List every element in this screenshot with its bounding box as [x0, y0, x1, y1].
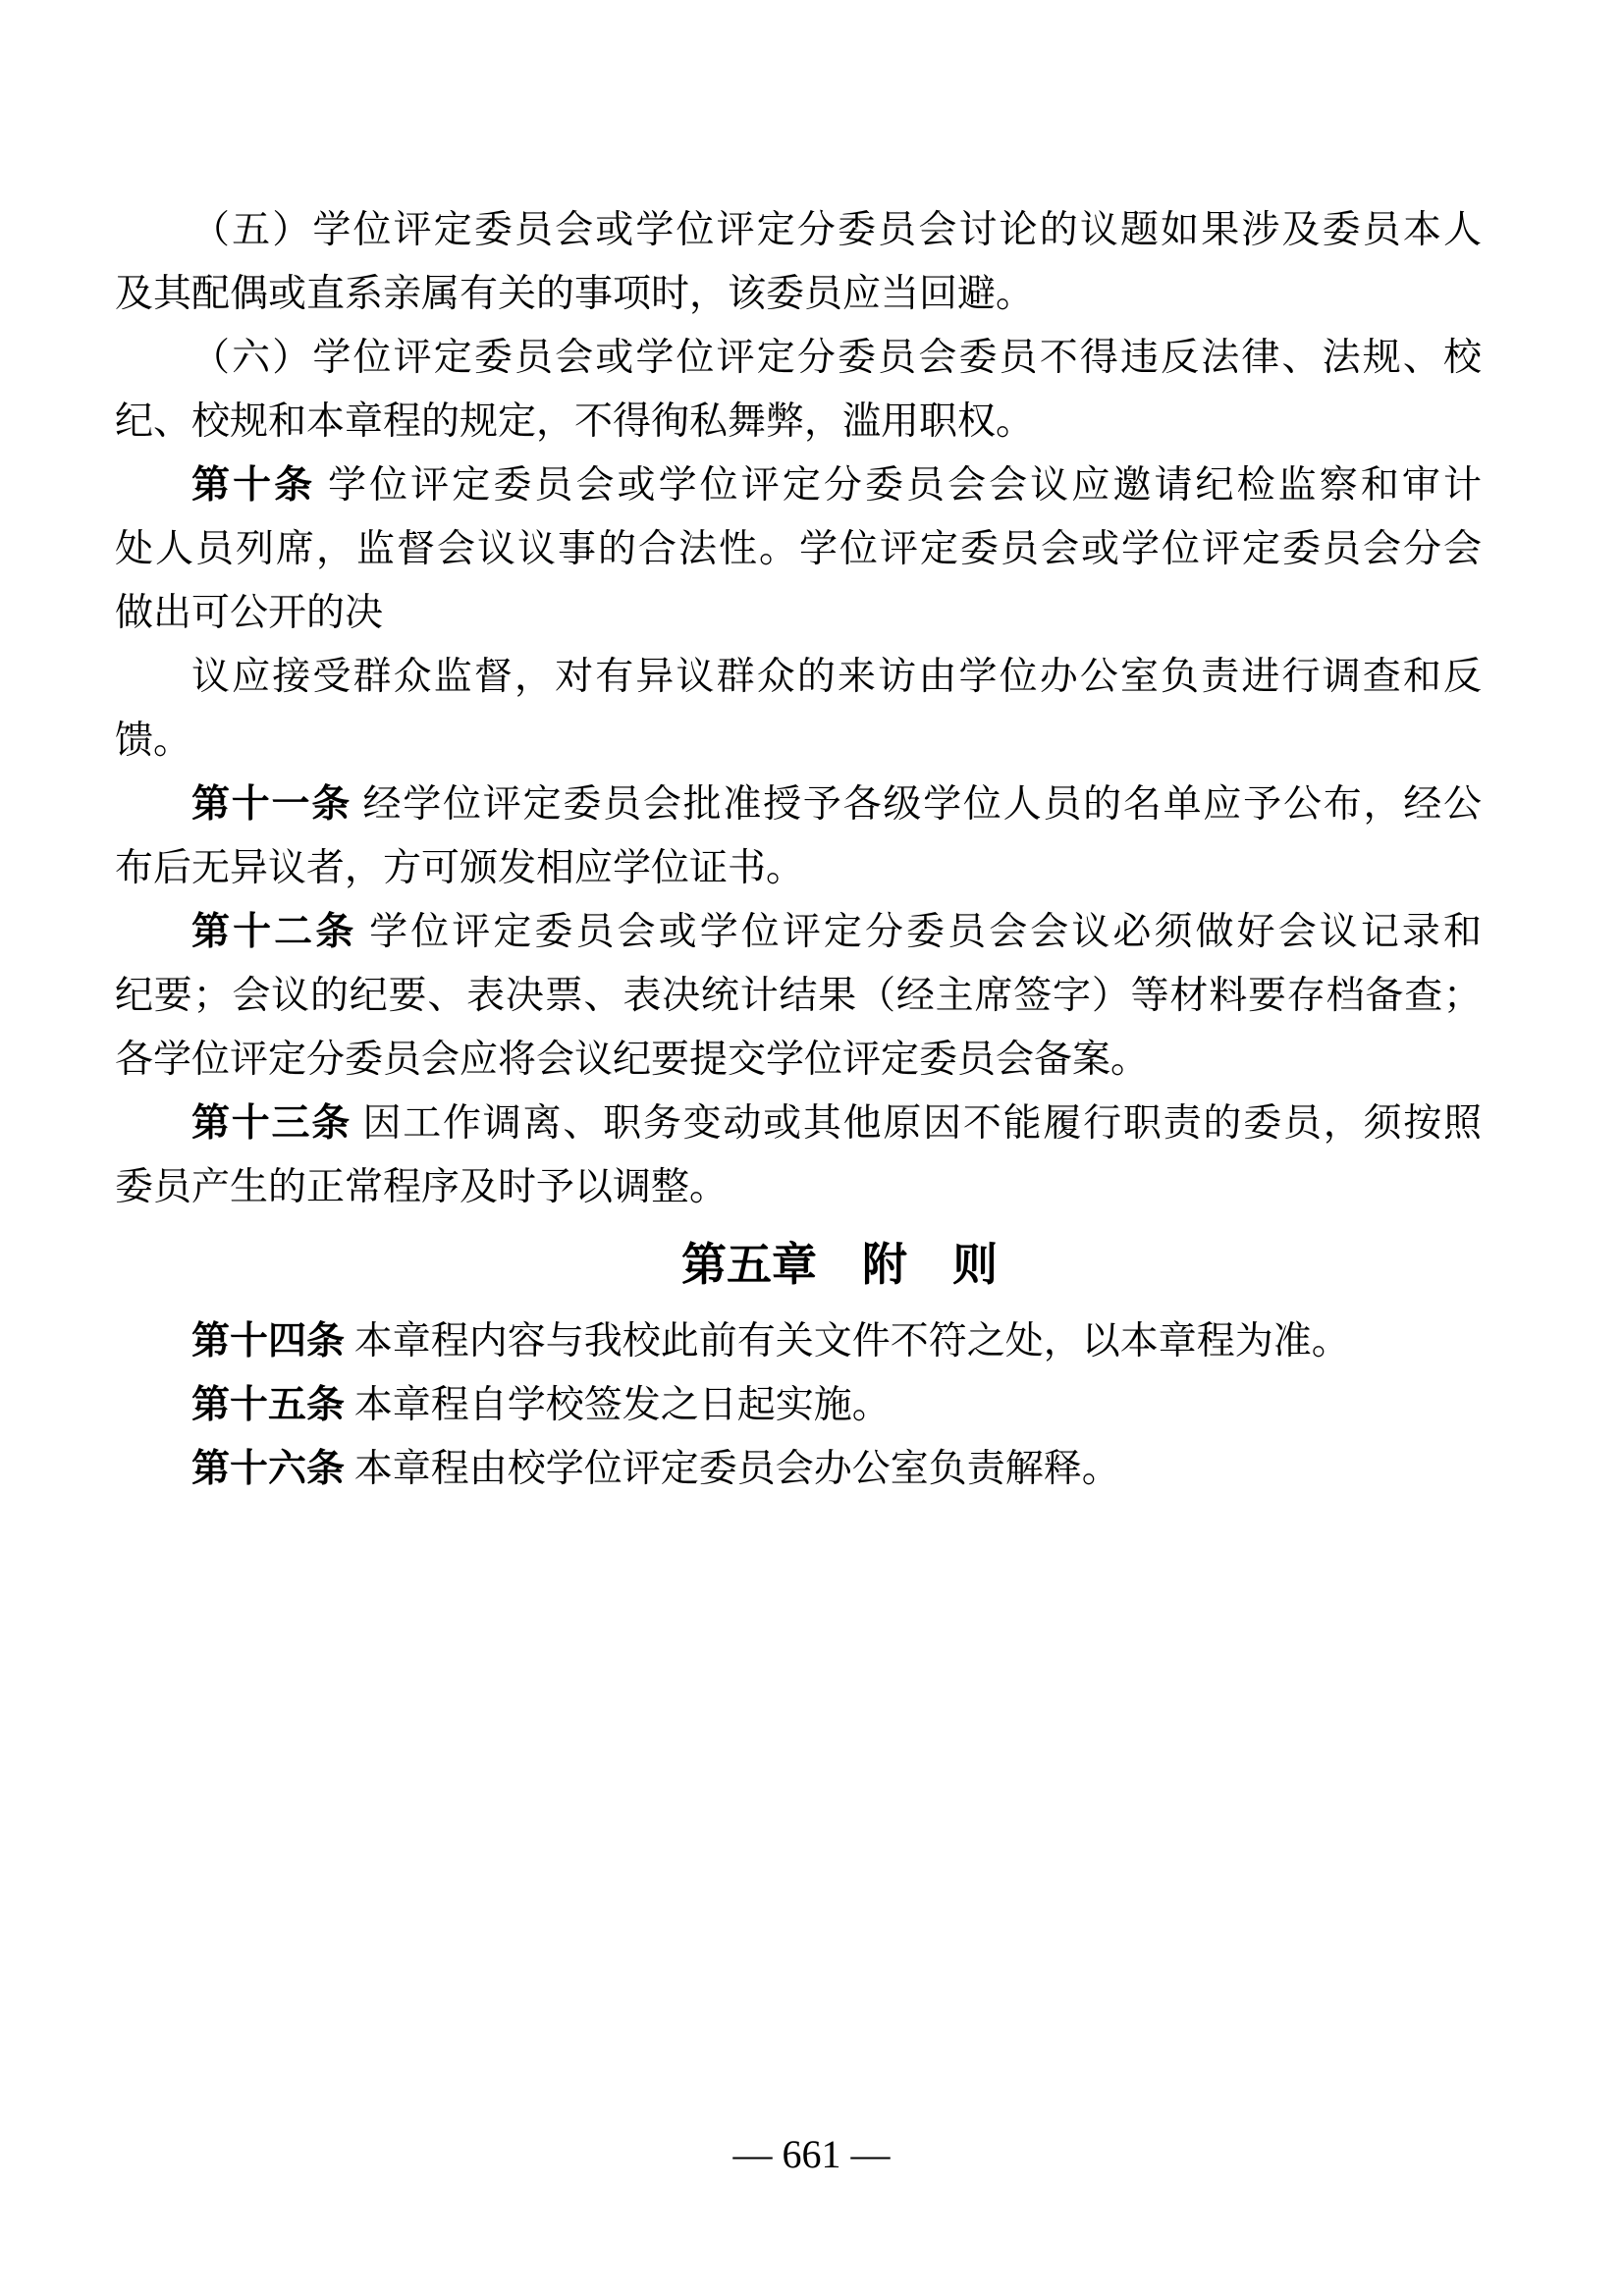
page-number: — 661 — — [733, 2132, 891, 2176]
text-line: 做出可公开的决 — [115, 581, 1482, 645]
text-line: 第十六条 本章程由校学位评定委员会办公室负责解释。 — [115, 1437, 1482, 1501]
line-text: 处人员列席，监督会议议事的合法性。学位评定委员会或学位评定委员会分会 — [115, 528, 1482, 570]
document-page: { "page": { "background": "#ffffff", "te… — [0, 0, 1623, 2296]
chapter-four-articles: （五）学位评定委员会或学位评定分委员会讨论的议题如果涉及委员本人 及其配偶或直系… — [115, 198, 1482, 1219]
article-number: 第十二条 — [191, 911, 356, 953]
line-text: 本章程内容与我校此前有关文件不符之处，以本章程为准。 — [345, 1320, 1350, 1362]
text-line: 议应接受群众监督，对有异议群众的来访由学位办公室负责进行调查和反 — [115, 645, 1482, 709]
line-text: 因工作调离、职务变动或其他原因不能履行职责的委员，须按照 — [352, 1102, 1482, 1145]
line-text: （六）学位评定委员会或学位评定分委员会委员不得违反法律、法规、校 — [191, 337, 1482, 379]
line-text: 及其配偶或直系亲属有关的事项时，该委员应当回避。 — [115, 273, 1034, 315]
text-line: 第十四条 本章程内容与我校此前有关文件不符之处，以本章程为准。 — [115, 1309, 1482, 1373]
text-line: 及其配偶或直系亲属有关的事项时，该委员应当回避。 — [115, 262, 1482, 326]
text-line: 纪、校规和本章程的规定，不得徇私舞弊，滥用职权。 — [115, 390, 1482, 454]
page-footer: — 661 — — [0, 2132, 1623, 2177]
line-text: 学位评定委员会或学位评定分委员会会议必须做好会议记录和 — [356, 911, 1482, 953]
line-text: 学位评定委员会或学位评定分委员会会议应邀请纪检监察和审计 — [315, 464, 1482, 507]
document-body: （五）学位评定委员会或学位评定分委员会讨论的议题如果涉及委员本人 及其配偶或直系… — [115, 198, 1482, 1501]
line-text: （五）学位评定委员会或学位评定分委员会讨论的议题如果涉及委员本人 — [191, 209, 1482, 251]
text-line: 第十一条 经学位评定委员会批准授予各级学位人员的名单应予公布，经公 — [115, 773, 1482, 836]
line-text: 本章程由校学位评定委员会办公室负责解释。 — [345, 1448, 1120, 1490]
text-line: 处人员列席，监督会议议事的合法性。学位评定委员会或学位评定委员会分会 — [115, 517, 1482, 581]
line-text: 本章程自学校签发之日起实施。 — [345, 1384, 891, 1426]
text-line: 第十条 学位评定委员会或学位评定分委员会会议应邀请纪检监察和审计 — [115, 454, 1482, 517]
text-line: 第十二条 学位评定委员会或学位评定分委员会会议必须做好会议记录和 — [115, 900, 1482, 964]
article-number: 第十一条 — [191, 783, 352, 826]
line-text: 纪要；会议的纪要、表决票、表决统计结果（经主席签字）等材料要存档备查； — [115, 975, 1482, 1017]
line-text: 馈。 — [115, 720, 191, 762]
line-text: 委员产生的正常程序及时予以调整。 — [115, 1166, 728, 1208]
article-number: 第十六条 — [191, 1448, 345, 1490]
line-text: 各学位评定分委员会应将会议纪要提交学位评定委员会备案。 — [115, 1039, 1149, 1081]
text-line: 纪要；会议的纪要、表决票、表决统计结果（经主席签字）等材料要存档备查； — [115, 964, 1482, 1028]
text-line: 馈。 — [115, 709, 1482, 773]
text-line: （五）学位评定委员会或学位评定分委员会讨论的议题如果涉及委员本人 — [115, 198, 1482, 262]
article-number: 第十三条 — [191, 1102, 352, 1145]
article-number: 第十五条 — [191, 1384, 345, 1426]
text-line: （六）学位评定委员会或学位评定分委员会委员不得违反法律、法规、校 — [115, 326, 1482, 390]
text-line: 第十五条 本章程自学校签发之日起实施。 — [115, 1373, 1482, 1437]
text-line: 第十三条 因工作调离、职务变动或其他原因不能履行职责的委员，须按照 — [115, 1092, 1482, 1155]
article-number: 第十四条 — [191, 1320, 345, 1362]
chapter-heading: 第五章 附 则 — [197, 1219, 1482, 1309]
line-text: 议应接受群众监督，对有异议群众的来访由学位办公室负责进行调查和反 — [191, 656, 1482, 698]
line-text: 经学位评定委员会批准授予各级学位人员的名单应予公布，经公 — [352, 783, 1482, 826]
line-text: 布后无异议者，方可颁发相应学位证书。 — [115, 847, 804, 889]
article-number: 第十条 — [191, 464, 315, 507]
line-text: 纪、校规和本章程的规定，不得徇私舞弊，滥用职权。 — [115, 400, 1034, 443]
text-line: 委员产生的正常程序及时予以调整。 — [115, 1155, 1482, 1219]
text-line: 布后无异议者，方可颁发相应学位证书。 — [115, 836, 1482, 900]
line-text: 做出可公开的决 — [115, 592, 383, 634]
text-line: 各学位评定分委员会应将会议纪要提交学位评定委员会备案。 — [115, 1028, 1482, 1092]
chapter-five-articles: 第十四条 本章程内容与我校此前有关文件不符之处，以本章程为准。 第十五条 本章程… — [115, 1309, 1482, 1501]
